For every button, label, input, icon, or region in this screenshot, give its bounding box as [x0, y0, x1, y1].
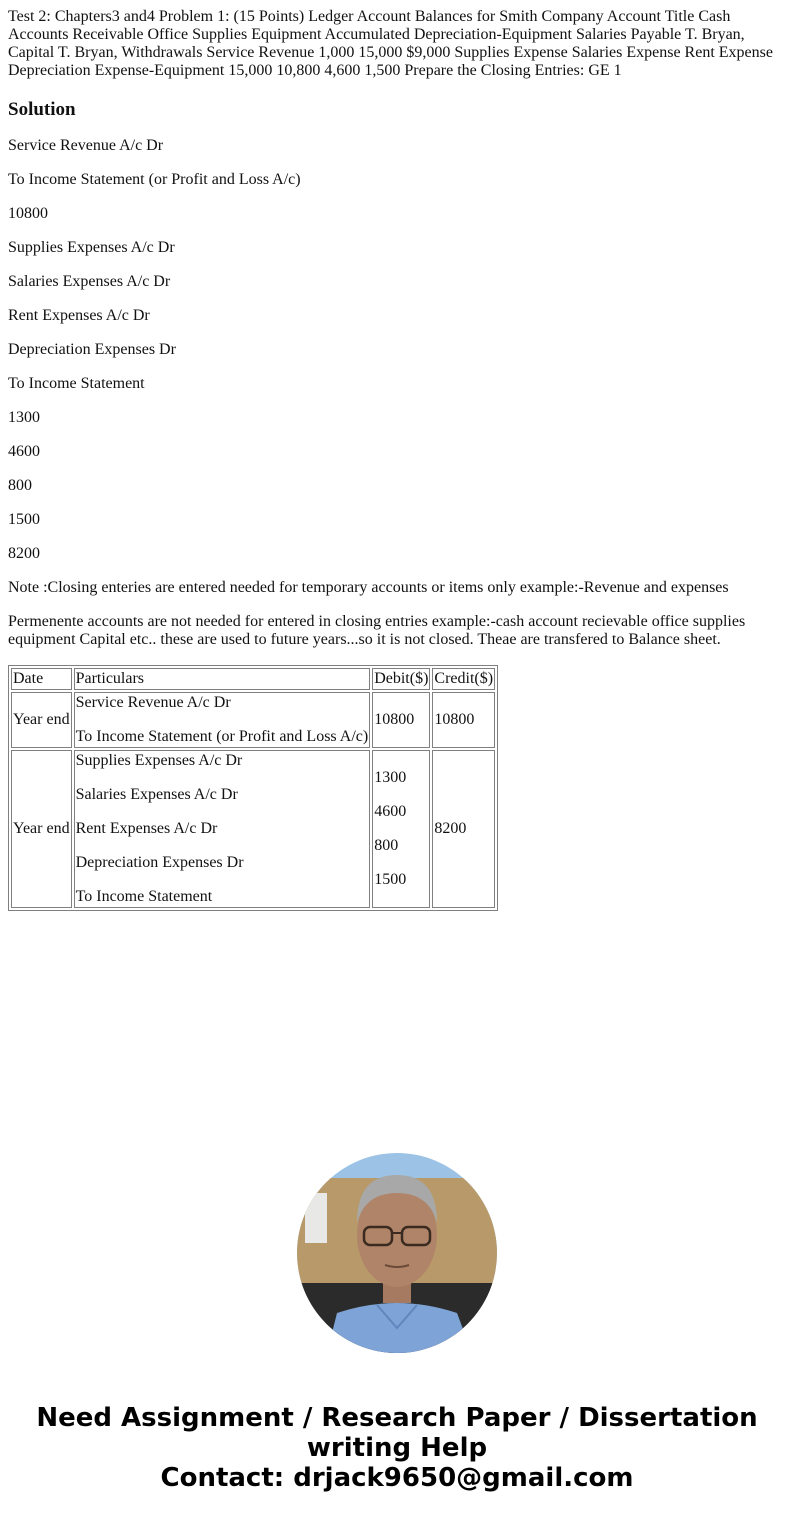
- solution-line: 800: [8, 477, 786, 495]
- cell-credit: 10800: [432, 692, 495, 748]
- particular-line: Depreciation Expenses Dr: [76, 854, 369, 872]
- solution-notes: Note :Closing enteries are entered neede…: [8, 579, 786, 649]
- note-temporary-accounts: Note :Closing enteries are entered neede…: [8, 579, 786, 597]
- solution-line: 4600: [8, 443, 786, 461]
- solution-line: Salaries Expenses A/c Dr: [8, 273, 786, 291]
- table-row: Year end Service Revenue A/c Dr To Incom…: [11, 692, 495, 748]
- cell-particulars: Service Revenue A/c Dr To Income Stateme…: [74, 692, 371, 748]
- promo-line-1: Need Assignment / Research Paper / Disse…: [0, 1403, 794, 1433]
- solution-line: Rent Expenses A/c Dr: [8, 307, 786, 325]
- cell-debit: 10800: [372, 692, 430, 748]
- question-text: Test 2: Chapters3 and4 Problem 1: (15 Po…: [8, 8, 786, 80]
- note-permanent-accounts: Permenente accounts are not needed for e…: [8, 613, 786, 649]
- person-photo-icon: [297, 1153, 497, 1353]
- table-header-row: Date Particulars Debit($) Credit($): [11, 668, 495, 690]
- promo-banner: Need Assignment / Research Paper / Disse…: [0, 1403, 794, 1493]
- particular-line: To Income Statement: [76, 888, 369, 906]
- solution-line: Supplies Expenses A/c Dr: [8, 239, 786, 257]
- particular-line: Service Revenue A/c Dr: [76, 694, 369, 712]
- promo-contact: Contact: drjack9650@gmail.com: [0, 1463, 794, 1493]
- cell-debit: 1300 4600 800 1500: [372, 750, 430, 908]
- debit-value: 1300: [374, 769, 428, 787]
- debit-value: 4600: [374, 803, 428, 821]
- particular-line: Rent Expenses A/c Dr: [76, 820, 369, 838]
- debit-value: 10800: [374, 711, 428, 729]
- header-debit: Debit($): [372, 668, 430, 690]
- avatar: [297, 1153, 497, 1353]
- solution-lines: Service Revenue A/c Dr To Income Stateme…: [8, 137, 786, 563]
- journal-table: Date Particulars Debit($) Credit($) Year…: [8, 665, 498, 911]
- page-content: Test 2: Chapters3 and4 Problem 1: (15 Po…: [0, 0, 794, 911]
- solution-line: 8200: [8, 545, 786, 563]
- cell-date: Year end: [11, 750, 72, 908]
- particular-line: Supplies Expenses A/c Dr: [76, 752, 369, 770]
- solution-line: 10800: [8, 205, 786, 223]
- solution-line: 1500: [8, 511, 786, 529]
- solution-line: 1300: [8, 409, 786, 427]
- solution-heading: Solution: [8, 99, 786, 121]
- debit-value: 1500: [374, 871, 428, 889]
- header-credit: Credit($): [432, 668, 495, 690]
- table-row: Year end Supplies Expenses A/c Dr Salari…: [11, 750, 495, 908]
- cell-particulars: Supplies Expenses A/c Dr Salaries Expens…: [74, 750, 371, 908]
- solution-line: Service Revenue A/c Dr: [8, 137, 786, 155]
- debit-value: 800: [374, 837, 428, 855]
- cell-date: Year end: [11, 692, 72, 748]
- particular-line: Salaries Expenses A/c Dr: [76, 786, 369, 804]
- header-particulars: Particulars: [74, 668, 371, 690]
- solution-line: To Income Statement: [8, 375, 786, 393]
- solution-line: To Income Statement (or Profit and Loss …: [8, 171, 786, 189]
- header-date: Date: [11, 668, 72, 690]
- cell-credit: 8200: [432, 750, 495, 908]
- promo-line-2: writing Help: [0, 1433, 794, 1463]
- particular-line: To Income Statement (or Profit and Loss …: [76, 728, 369, 746]
- solution-line: Depreciation Expenses Dr: [8, 341, 786, 359]
